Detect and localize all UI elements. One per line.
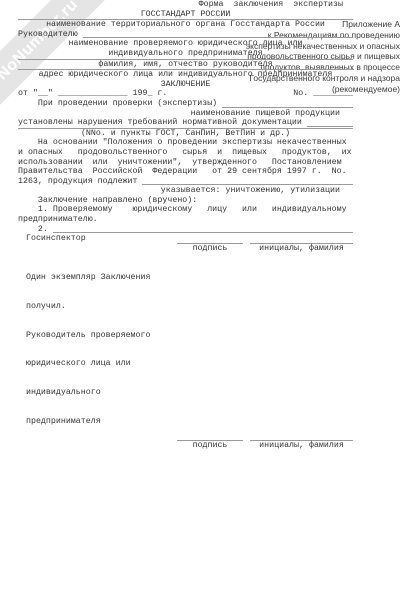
- address-caption: адрес юридического лица или индивидуальн…: [18, 70, 353, 80]
- inspector-signature-lines: [177, 234, 353, 244]
- initials-blank-line: [250, 431, 353, 441]
- signature-gap: [243, 431, 250, 441]
- basis-row5: 1263, продукция подлежит: [18, 177, 353, 187]
- inspector-signature-block: Госинспектор подпись инициалы, фамилия: [18, 234, 353, 254]
- violations-caption: (NNo. и пункты ГОСТ, СанПиН, ВетПиН и др…: [18, 129, 353, 139]
- basis-line3: использовании или уничтожении", утвержде…: [18, 158, 353, 168]
- basis-line5-prefix: 1263, продукция подлежит: [18, 177, 142, 187]
- form-body: Форма заключения экспертизы ГОССТАНДАРТ …: [18, 0, 353, 451]
- initials-blank-line: [250, 234, 353, 244]
- sent-item2-prefix: 2.: [18, 225, 53, 235]
- check-line: При проведении проверки (экспертизы): [18, 99, 222, 109]
- recipient-line: Руководитель проверяемого: [26, 331, 177, 341]
- recipient-line: юридического лица или: [26, 359, 177, 369]
- recipient-signature-captions: подпись инициалы, фамилия: [177, 441, 353, 451]
- signature-caption: подпись: [177, 441, 243, 451]
- entity-caption-line1: наименование проверяемого юридического л…: [18, 39, 353, 49]
- sent-item2-blank-line: [53, 232, 353, 233]
- sent-item1-line1: 1. Проверяемому юридическому лицу или ин…: [18, 205, 353, 215]
- signature-gap: [243, 234, 250, 244]
- sent-item2-row: 2.: [18, 225, 353, 235]
- agency-name: ГОССТАНДАРТ РОССИИ: [18, 10, 353, 20]
- territorial-caption: наименование территориального органа Гос…: [18, 20, 353, 30]
- signature-caption: подпись: [177, 244, 243, 254]
- date-line: от "__" ______________ 199_ г.: [18, 89, 167, 99]
- subject-blank-line: [142, 184, 353, 185]
- inspector-label: Госинспектор: [18, 234, 177, 254]
- recipient-line: Один экземпляр Заключения: [26, 273, 177, 283]
- document-title: ЗАКЛЮЧЕНИЕ: [18, 80, 353, 90]
- basis-line1: На основании "Положения о проведении экс…: [18, 138, 353, 148]
- signature-gap: [243, 441, 250, 451]
- recipient-line: индивидуального: [26, 388, 177, 398]
- check-caption: наименование пищевой продукции: [18, 109, 353, 119]
- inspector-signature-fields: подпись инициалы, фамилия: [177, 234, 353, 254]
- document-page: NoNumber.ru Приложение А к Рекомендациям…: [0, 0, 420, 600]
- addressee-blank-line: [83, 37, 353, 38]
- entity-caption-line2: индивидуального предпринимателя: [18, 49, 353, 59]
- check-blank-line: [222, 107, 353, 108]
- recipient-line: предпринимателя: [26, 417, 177, 427]
- initials-caption: инициалы, фамилия: [250, 244, 353, 254]
- head-caption: фамилия, имя, отчество руководителя: [18, 60, 353, 70]
- violations-row: установлены нарушения требований нормати…: [18, 118, 353, 128]
- recipient-line: получил.: [26, 302, 177, 312]
- signature-gap: [243, 244, 250, 254]
- basis-line4: Правительства Российской Федерации от 29…: [18, 167, 353, 177]
- addressee-label: Руководителю: [18, 30, 83, 40]
- sent-heading: Заключение направлено (вручено):: [18, 196, 353, 206]
- check-row: При проведении проверки (экспертизы): [18, 99, 353, 109]
- inspector-signature-captions: подпись инициалы, фамилия: [177, 244, 353, 254]
- sent-item1-line2: предпринимателю.: [18, 215, 353, 225]
- signature-blank-line: [177, 234, 243, 244]
- basis-line2: и опасных продовольственного сырья и пищ…: [18, 148, 353, 158]
- signature-blank-line: [177, 431, 243, 441]
- violations-line: установлены нарушения требований нормати…: [18, 118, 307, 128]
- form-caption: Форма заключения экспертизы: [18, 0, 353, 10]
- addressee-row: Руководителю: [18, 30, 353, 40]
- recipient-signature-fields: подпись инициалы, фамилия: [177, 431, 353, 451]
- violations-blank-line: [307, 126, 353, 127]
- initials-caption: инициалы, фамилия: [250, 441, 353, 451]
- recipient-signature-lines: [177, 431, 353, 441]
- recipient-signature-block: Один экземпляр Заключения получил. Руков…: [18, 254, 353, 451]
- recipient-label: Один экземпляр Заключения получил. Руков…: [18, 254, 177, 451]
- date-number-row: от "__" ______________ 199_ г. No. _____…: [18, 89, 353, 99]
- subject-caption: указывается: уничтожению, утилизации: [18, 186, 353, 196]
- number-field: No. ________: [293, 89, 353, 99]
